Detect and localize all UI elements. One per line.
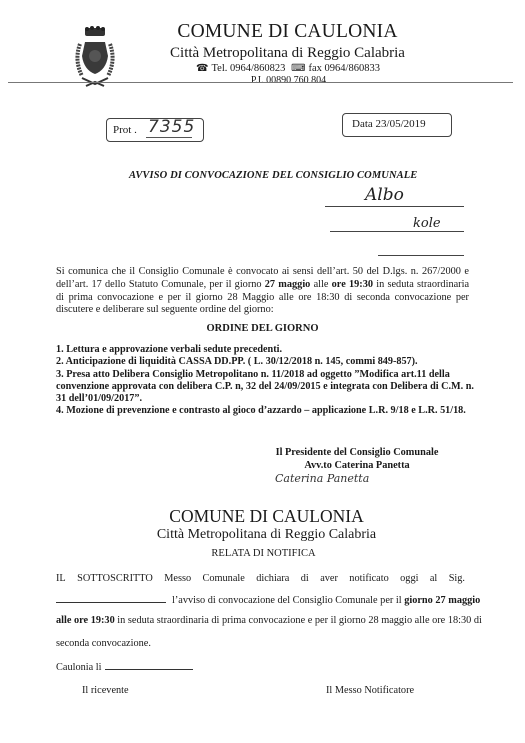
notification-line-4: seconda convocazione. <box>56 638 151 649</box>
notification-text: l’avviso di convocazione del Consiglio C… <box>172 595 404 606</box>
word: aver <box>320 573 338 584</box>
agenda-item: 3. Presa atto Delibera Consiglio Metropo… <box>56 369 476 406</box>
recipient-label: Il ricevente <box>82 685 129 696</box>
telephone-icon: ☎ <box>196 63 208 74</box>
protocol-number: 7355 <box>148 117 195 137</box>
word: di <box>301 573 309 584</box>
header-contact: ☎Tel. 0964/860823 ⌨fax 0964/860833 <box>0 63 525 74</box>
phone-number: Tel. 0964/860823 <box>212 63 286 74</box>
president-name: Avv.to Caterina Panetta <box>257 460 457 473</box>
word: dichiara <box>256 573 289 584</box>
notification-line-1: IL SOTTOSCRITTO Messo Comunale dichiara … <box>56 573 465 584</box>
place-label: Caulonia li <box>56 662 101 673</box>
date-text: Data 23/05/2019 <box>352 118 426 130</box>
meeting-date: 27 maggio <box>265 279 311 290</box>
recipient-name-blank[interactable] <box>56 602 166 603</box>
meeting-time: ore 19:30 <box>332 279 373 290</box>
messenger-label: Il Messo Notificatore <box>326 685 414 696</box>
notice-body: Si comunica che il Consiglio Comunale è … <box>56 266 469 317</box>
notification-text: in seduta straordinaria di prima convoca… <box>115 615 482 626</box>
notification-time: alle ore 19:30 <box>56 615 115 626</box>
notice-title: AVVISO DI CONVOCAZIONE DEL CONSIGLIO COM… <box>129 170 417 181</box>
handwriting-line <box>378 255 464 256</box>
date-blank[interactable] <box>105 669 193 670</box>
handwritten-albo: Albo <box>365 185 404 205</box>
agenda-title: ORDINE DEL GIORNO <box>0 323 525 334</box>
fax-number: fax 0964/860833 <box>309 63 380 74</box>
protocol-label: Prot . <box>113 124 137 136</box>
header-divider <box>8 82 513 83</box>
word: SOTTOSCRITTO <box>77 573 153 584</box>
notification-heading: RELATA DI NOTIFICA <box>0 548 525 559</box>
word: oggi <box>400 573 418 584</box>
president-signature: Caterina Panetta <box>275 472 369 485</box>
agenda-item: 1. Lettura e approvazione verbali sedute… <box>56 344 476 356</box>
word: al <box>430 573 437 584</box>
notification-line-3: alle ore 19:30 in seduta straordinaria d… <box>56 615 496 626</box>
notification-header-title: COMUNE DI CAULONIA <box>0 506 525 527</box>
word: notificato <box>349 573 388 584</box>
handwriting-line <box>325 206 464 207</box>
word: Comunale <box>203 573 245 584</box>
agenda-item: 4. Mozione di prevenzione e contrasto al… <box>56 405 476 417</box>
notification-header-subtitle: Città Metropolitana di Reggio Calabria <box>0 527 525 543</box>
handwritten-signature: kole <box>413 216 441 231</box>
body-text: alle <box>310 279 331 290</box>
word: IL <box>56 573 66 584</box>
partita-iva: P.I. 00890 760 804 <box>0 75 525 86</box>
handwriting-line <box>330 231 464 232</box>
fax-icon: ⌨ <box>291 63 305 74</box>
header-title: COMUNE DI CAULONIA <box>0 21 525 43</box>
word: Messo <box>164 573 191 584</box>
header-subtitle: Città Metropolitana di Reggio Calabria <box>0 45 525 62</box>
place-date-line: Caulonia li <box>56 662 193 673</box>
agenda-list: 1. Lettura e approvazione verbali sedute… <box>56 344 476 418</box>
president-role: Il Presidente del Consiglio Comunale <box>257 447 457 460</box>
notification-line-2: l’avviso di convocazione del Consiglio C… <box>56 595 476 606</box>
agenda-item: 2. Anticipazione di liquidità CASSA DD.P… <box>56 356 476 368</box>
president-block: Il Presidente del Consiglio Comunale Avv… <box>257 447 457 472</box>
word: Sig. <box>449 573 465 584</box>
notification-date: giorno 27 maggio <box>404 595 480 606</box>
protocol-underline <box>146 137 192 138</box>
